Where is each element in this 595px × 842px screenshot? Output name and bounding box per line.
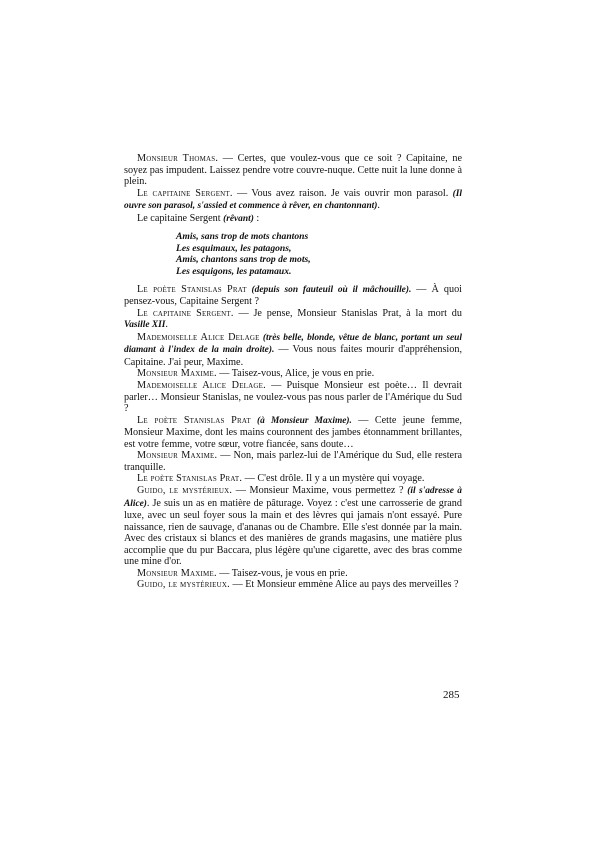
speaker: Le capitaine Sergent. — [137, 188, 233, 199]
paragraph: Mademoiselle Alice Delage. — Puisque Mon… — [124, 380, 462, 415]
stage-direction: (depuis son fauteuil où il mâchouille). — [247, 285, 412, 295]
paragraph: Monsieur Thomas. — Certes, que voulez-vo… — [124, 153, 462, 188]
paragraph: Guido, le mystérieux. — Monsieur Maxime,… — [124, 485, 462, 568]
stage-direction: (rêvant) — [223, 214, 254, 224]
dialogue: — Taisez-vous, Alice, je vous en prie. — [217, 368, 375, 379]
paragraph: Le capitaine Sergent. — Vous avez raison… — [124, 188, 462, 213]
speaker: Le poète Stanislas Prat. — [137, 473, 242, 484]
dialogue: — Je pense, Monsieur Stanislas Prat, à l… — [234, 308, 462, 319]
punctuation: . — [165, 319, 168, 330]
paragraph: Mademoiselle Alice Delage (très belle, b… — [124, 332, 462, 369]
speaker: Mademoiselle Alice Delage. — [137, 380, 266, 391]
paragraph: Le poète Stanislas Prat (à Monsieur Maxi… — [124, 415, 462, 451]
speaker: Le poète Stanislas Prat — [137, 284, 247, 295]
italic-title: Vasille XII — [124, 320, 165, 330]
lead-text: Le capitaine Sergent — [137, 213, 223, 224]
dialogue: : — [254, 213, 259, 224]
dialogue: — Monsieur Maxime, vous permettez ? — [232, 485, 407, 496]
song-line: Les esquigons, les patamaux. — [176, 266, 462, 278]
paragraph: Le poète Stanislas Prat (depuis son faut… — [124, 284, 462, 308]
song-line: Les esquimaux, les patagons, — [176, 243, 462, 255]
song-line: Amis, sans trop de mots chantons — [176, 231, 462, 243]
paragraph: Le capitaine Sergent. — Je pense, Monsie… — [124, 308, 462, 332]
stage-direction: (à Monsieur Maxime). — [251, 416, 352, 426]
page-body: Monsieur Thomas. — Certes, que voulez-vo… — [124, 153, 462, 591]
song-verse: Amis, sans trop de mots chantons Les esq… — [176, 231, 462, 277]
speaker: Guido, le mystérieux. — [137, 579, 230, 590]
speaker: Monsieur Maxime. — [137, 568, 217, 579]
dialogue: — Vous avez raison. Je vais ouvrir mon p… — [233, 188, 453, 199]
dialogue: — C'est drôle. Il y a un mystère qui voy… — [242, 473, 424, 484]
punctuation: . — [377, 200, 380, 211]
paragraph: Le poète Stanislas Prat. — C'est drôle. … — [124, 473, 462, 485]
page-number: 285 — [443, 689, 460, 701]
dialogue: — Taisez-vous, je vous en prie. — [217, 568, 348, 579]
paragraph: Monsieur Maxime. — Taisez-vous, Alice, j… — [124, 368, 462, 380]
speaker: Monsieur Maxime. — [137, 450, 217, 461]
speaker: Guido, le mystérieux. — [137, 485, 232, 496]
speaker: Monsieur Thomas. — [137, 153, 218, 164]
dialogue: — Et Monsieur emmène Alice au pays des m… — [230, 579, 459, 590]
speaker: Monsieur Maxime. — [137, 368, 217, 379]
paragraph: Monsieur Maxime. — Non, mais parlez-lui … — [124, 450, 462, 473]
speaker: Le capitaine Sergent. — [137, 308, 234, 319]
dialogue-continued: . Je suis un as en matière de pâturage. … — [124, 498, 462, 568]
paragraph: Monsieur Maxime. — Taisez-vous, je vous … — [124, 568, 462, 580]
speaker: Mademoiselle Alice Delage — [137, 332, 260, 343]
paragraph: Guido, le mystérieux. — Et Monsieur emmè… — [124, 579, 462, 591]
song-line: Amis, chantons sans trop de mots, — [176, 254, 462, 266]
paragraph: Le capitaine Sergent (rêvant) : — [124, 213, 462, 226]
speaker: Le poète Stanislas Prat — [137, 415, 251, 426]
